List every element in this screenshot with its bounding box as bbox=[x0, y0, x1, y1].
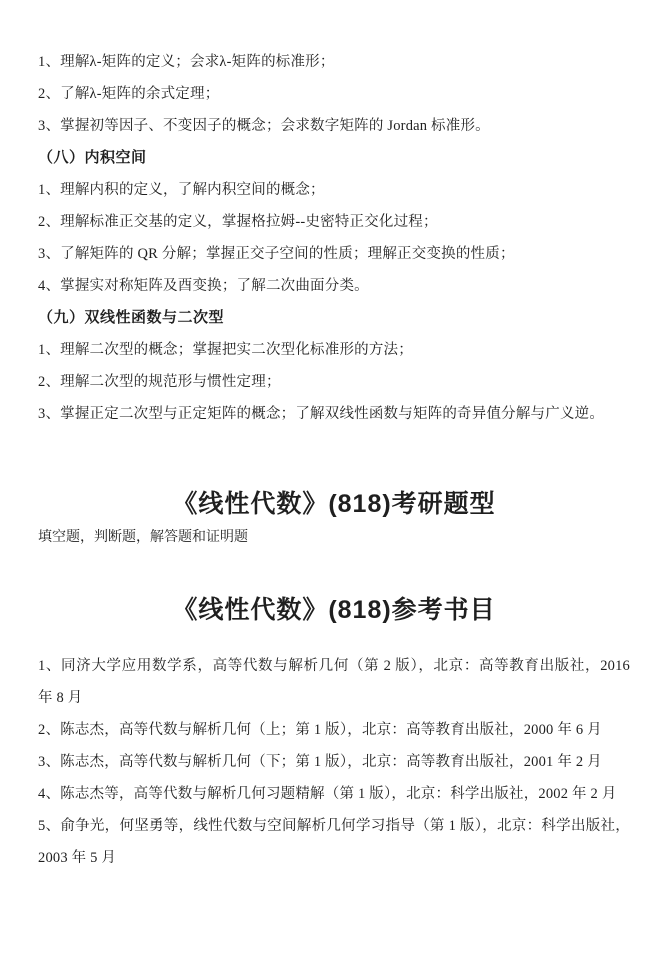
syllabus-item: 3、掌握初等因子、不变因子的概念；会求数字矩阵的 Jordan 标准形。 bbox=[38, 110, 630, 142]
exam-types-title: 《线性代数》(818)考研题型 bbox=[38, 486, 630, 522]
document-content: 1、理解λ-矩阵的定义；会求λ-矩阵的标准形； 2、了解λ-矩阵的余式定理； 3… bbox=[0, 0, 665, 874]
references-title: 《线性代数》(818)参考书目 bbox=[38, 592, 630, 628]
syllabus-item: 2、了解λ-矩阵的余式定理； bbox=[38, 78, 630, 110]
syllabus-item: 2、理解二次型的规范形与惯性定理； bbox=[38, 366, 630, 398]
exam-types-subtitle: 填空题，判断题，解答题和证明题 bbox=[38, 522, 630, 554]
syllabus-item: 2、理解标准正交基的定义，掌握格拉姆--史密特正交化过程； bbox=[38, 206, 630, 238]
reference-book-item: 3、陈志杰，高等代数与解析几何（下；第 1 版），北京：高等教育出版社，2001… bbox=[38, 746, 630, 778]
section-references: 《线性代数》(818)参考书目 1、同济大学应用数学系，高等代数与解析几何（第 … bbox=[38, 592, 630, 874]
reference-book-item: 5、俞争光，何坚勇等，线性代数与空间解析几何学习指导（第 1 版），北京：科学出… bbox=[38, 810, 630, 874]
reference-book-item: 4、陈志杰等，高等代数与解析几何习题精解（第 1 版），北京：科学出版社，200… bbox=[38, 778, 630, 810]
reference-book-list: 1、同济大学应用数学系，高等代数与解析几何（第 2 版），北京：高等教育出版社，… bbox=[38, 650, 630, 874]
reference-book-item: 1、同济大学应用数学系，高等代数与解析几何（第 2 版），北京：高等教育出版社，… bbox=[38, 650, 630, 714]
syllabus-item: 4、掌握实对称矩阵及酉变换；了解二次曲面分类。 bbox=[38, 270, 630, 302]
syllabus-item: 3、了解矩阵的 QR 分解；掌握正交子空间的性质；理解正交变换的性质； bbox=[38, 238, 630, 270]
section-exam-types: 《线性代数》(818)考研题型 填空题，判断题，解答题和证明题 bbox=[38, 486, 630, 554]
section-lambda-matrix-items: 1、理解λ-矩阵的定义；会求λ-矩阵的标准形； 2、了解λ-矩阵的余式定理； 3… bbox=[38, 46, 630, 142]
section-bilinear-quadratic: （九）双线性函数与二次型 1、理解二次型的概念；掌握把实二次型化标准形的方法； … bbox=[38, 302, 630, 430]
section-inner-product-space: （八）内积空间 1、理解内积的定义，了解内积空间的概念； 2、理解标准正交基的定… bbox=[38, 142, 630, 302]
syllabus-item: 3、掌握正定二次型与正定矩阵的概念；了解双线性函数与矩阵的奇异值分解与广义逆。 bbox=[38, 398, 630, 430]
syllabus-item: 1、理解λ-矩阵的定义；会求λ-矩阵的标准形； bbox=[38, 46, 630, 78]
syllabus-item: 1、理解内积的定义，了解内积空间的概念； bbox=[38, 174, 630, 206]
section-heading: （九）双线性函数与二次型 bbox=[38, 302, 630, 334]
reference-book-item: 2、陈志杰，高等代数与解析几何（上；第 1 版），北京：高等教育出版社，2000… bbox=[38, 714, 630, 746]
document-page: 1、理解λ-矩阵的定义；会求λ-矩阵的标准形； 2、了解λ-矩阵的余式定理； 3… bbox=[0, 0, 665, 976]
syllabus-item: 1、理解二次型的概念；掌握把实二次型化标准形的方法； bbox=[38, 334, 630, 366]
section-heading: （八）内积空间 bbox=[38, 142, 630, 174]
